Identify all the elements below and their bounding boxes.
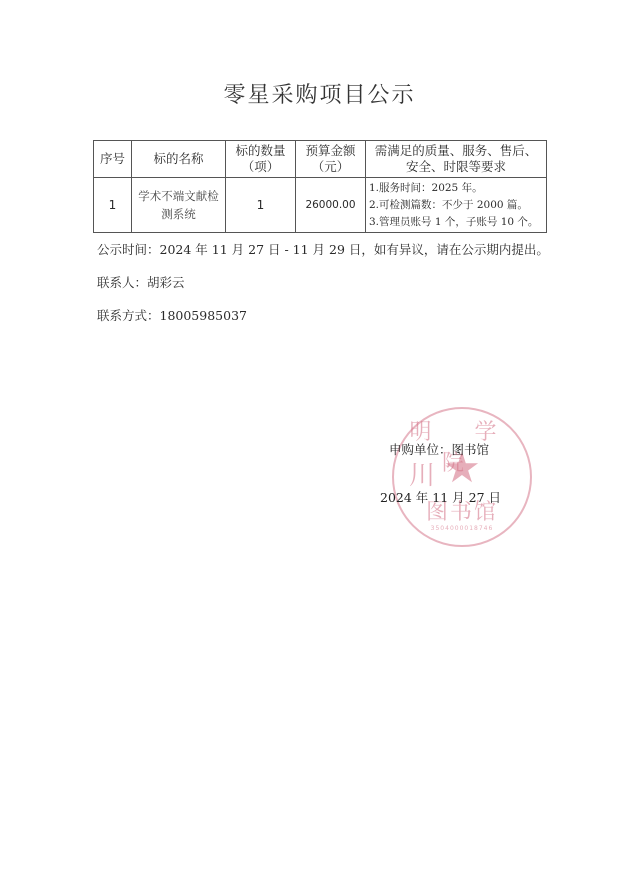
cell-budget: 26000.00 [296, 178, 366, 233]
contact-person: 联系人：胡彩云 [97, 273, 185, 291]
notice-period: 公示时间：2024 年 11 月 27 日 - 11 月 29 日，如有异议，请… [97, 240, 549, 258]
official-seal: 明 学 院 川 ★ 图书馆 3504000018746 [392, 407, 532, 547]
header-budget: 预算金额（元） [296, 141, 366, 178]
table-header-row: 序号 标的名称 标的数量（项） 预算金额（元） 需满足的质量、服务、售后、安全、… [94, 141, 547, 178]
table-row: 1 学术不端文献检 测系统 1 26000.00 1.服务时间：2025 年。 … [94, 178, 547, 233]
requirement-item: 2.可检测篇数：不少于 2000 篇。 [369, 197, 546, 214]
cell-index: 1 [94, 178, 132, 233]
seal-serial: 3504000018746 [394, 525, 530, 532]
header-quantity: 标的数量（项） [226, 141, 296, 178]
requirement-item: 3.管理员账号 1 个，子账号 10 个。 [369, 214, 546, 231]
cell-requirements: 1.服务时间：2025 年。 2.可检测篇数：不少于 2000 篇。 3.管理员… [366, 178, 547, 233]
requirement-item: 1.服务时间：2025 年。 [369, 180, 546, 197]
procurement-table: 序号 标的名称 标的数量（项） 预算金额（元） 需满足的质量、服务、售后、安全、… [93, 140, 547, 233]
sign-date: 2024 年 11 月 27 日 [380, 488, 501, 506]
header-index: 序号 [94, 141, 132, 178]
applicant-unit: 申购单位：图书馆 [389, 440, 489, 458]
contact-method: 联系方式：18005985037 [97, 306, 247, 324]
page-title: 零星采购项目公示 [0, 78, 639, 109]
cell-name: 学术不端文献检 测系统 [132, 178, 226, 233]
header-name: 标的名称 [132, 141, 226, 178]
header-requirements: 需满足的质量、服务、售后、安全、时限等要求 [366, 141, 547, 178]
cell-quantity: 1 [226, 178, 296, 233]
